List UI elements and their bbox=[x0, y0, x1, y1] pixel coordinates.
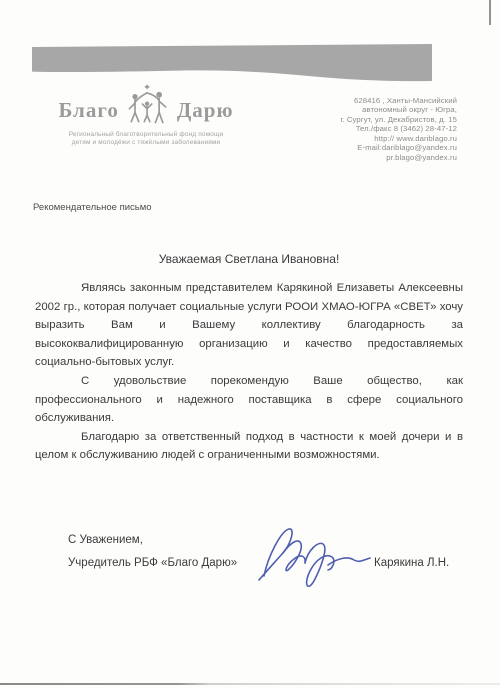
family-figures-icon bbox=[122, 83, 174, 127]
scanned-letter-page: Благо bbox=[0, 0, 500, 688]
paragraph-3: Благодарю за ответственный подход в част… bbox=[35, 428, 463, 465]
signer-name: Карякина Л.Н. bbox=[374, 557, 449, 569]
scan-artifact-vertical-line bbox=[489, 0, 491, 25]
contact-email2: pr.blago@yandex.ru bbox=[340, 153, 457, 162]
logo-tagline-line1: Региональный благотворительный фонд помо… bbox=[46, 131, 246, 139]
contact-website: http:// www.dariblago.ru bbox=[340, 134, 457, 143]
fund-logo: Благо bbox=[46, 93, 246, 146]
letterhead-wave-band bbox=[32, 44, 432, 82]
letter-body: Уважаемая Светлана Ивановна! Являясь зак… bbox=[35, 252, 463, 465]
handwritten-signature bbox=[250, 518, 378, 600]
contact-email: E-mail:dariblago@yandex.ru bbox=[340, 143, 457, 152]
logo-word-blago: Благо bbox=[58, 100, 118, 121]
contact-phone: Тел./факс 8 (3462) 28-47-12 bbox=[340, 124, 457, 133]
logo-tagline-line2: детям и молодёжи с тяжёлыми заболеваниям… bbox=[46, 139, 246, 147]
logo-word-daryu: Дарю bbox=[177, 100, 234, 121]
closing-phrase: С Уважением, bbox=[68, 534, 143, 546]
document-type-label: Рекомендательное письмо bbox=[33, 202, 152, 213]
salutation: Уважаемая Светлана Ивановна! bbox=[35, 252, 463, 266]
scan-artifact-bottom-line bbox=[0, 683, 500, 685]
contact-block: 628416 , Ханты-Мансийский автономный окр… bbox=[340, 96, 457, 162]
signer-title: Учредитель РБФ «Благо Дарю» bbox=[68, 557, 237, 569]
contact-region: автономный округ - Югра, bbox=[340, 105, 457, 114]
paragraph-2: С удовольствие порекомендую Ваше обществ… bbox=[35, 372, 463, 428]
paragraph-1: Являясь законным представителем Карякино… bbox=[35, 279, 463, 372]
contact-street: г. Сургут, ул. Декабристов, д. 15 bbox=[340, 115, 457, 124]
contact-postal-index: 628416 , Ханты-Мансийский bbox=[340, 96, 457, 105]
